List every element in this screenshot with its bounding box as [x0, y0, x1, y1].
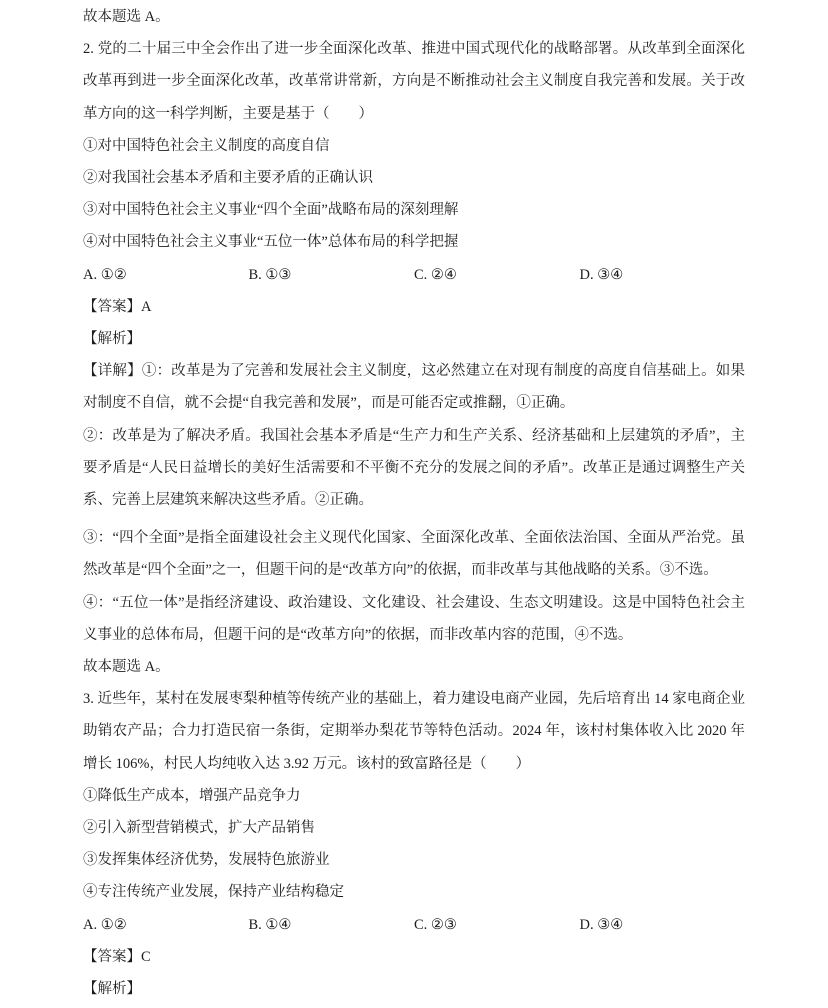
q2-detail-4: ④：“五位一体”是指经济建设、政治建设、文化建设、社会建设、生态文明建设。这是中… — [83, 587, 745, 651]
q3-item-2: ②引入新型营销模式，扩大产品销售 — [83, 812, 745, 844]
q3-option-c: C. ②③ — [414, 909, 580, 941]
q3-option-d: D. ③④ — [580, 909, 746, 941]
exam-document-page: 故本题选 A。 2. 党的二十届三中全会作出了进一步全面深化改革、推进中国式现代… — [0, 0, 828, 1008]
q2-item-2: ②对我国社会基本矛盾和主要矛盾的正确认识 — [83, 162, 745, 194]
question-2-stem: 2. 党的二十届三中全会作出了进一步全面深化改革、推进中国式现代化的战略部署。从… — [83, 33, 745, 130]
q2-detail-1: 【详解】①：改革是为了完善和发展社会主义制度，这必然建立在对现有制度的高度自信基… — [83, 355, 745, 419]
q2-item-4: ④对中国特色社会主义事业“五位一体”总体布局的科学把握 — [83, 226, 745, 258]
q3-item-4: ④专注传统产业发展，保持产业结构稳定 — [83, 876, 745, 908]
q2-option-c: C. ②④ — [414, 259, 580, 291]
q2-answer-line: 【答案】A — [83, 291, 745, 323]
q2-options-row: A. ①② B. ①③ C. ②④ D. ③④ — [83, 259, 745, 291]
q3-item-3: ③发挥集体经济优势，发展特色旅游业 — [83, 844, 745, 876]
q2-option-b: B. ①③ — [249, 259, 415, 291]
q3-answer-line: 【答案】C — [83, 941, 745, 973]
q2-detail-3: ③：“四个全面”是指全面建设社会主义现代化国家、全面深化改革、全面依法治国、全面… — [83, 522, 745, 586]
q3-option-b: B. ①④ — [249, 909, 415, 941]
q3-analysis-label: 【解析】 — [83, 973, 745, 1005]
q3-item-1: ①降低生产成本，增强产品竞争力 — [83, 780, 745, 812]
q2-item-3: ③对中国特色社会主义事业“四个全面”战略布局的深刻理解 — [83, 194, 745, 226]
q2-closing-statement: 故本题选 A。 — [83, 651, 745, 683]
q2-item-1: ①对中国特色社会主义制度的高度自信 — [83, 130, 745, 162]
q3-option-a: A. ①② — [83, 909, 249, 941]
q1-closing-statement: 故本题选 A。 — [83, 1, 745, 33]
q3-options-row: A. ①② B. ①④ C. ②③ D. ③④ — [83, 909, 745, 941]
q2-option-a: A. ①② — [83, 259, 249, 291]
q2-detail-2: ②：改革是为了解决矛盾。我国社会基本矛盾是“生产力和生产关系、经济基础和上层建筑… — [83, 420, 745, 517]
q2-option-d: D. ③④ — [580, 259, 746, 291]
question-3-stem: 3. 近些年，某村在发展枣梨种植等传统产业的基础上，着力建设电商产业园，先后培育… — [83, 683, 745, 780]
q2-analysis-label: 【解析】 — [83, 323, 745, 355]
